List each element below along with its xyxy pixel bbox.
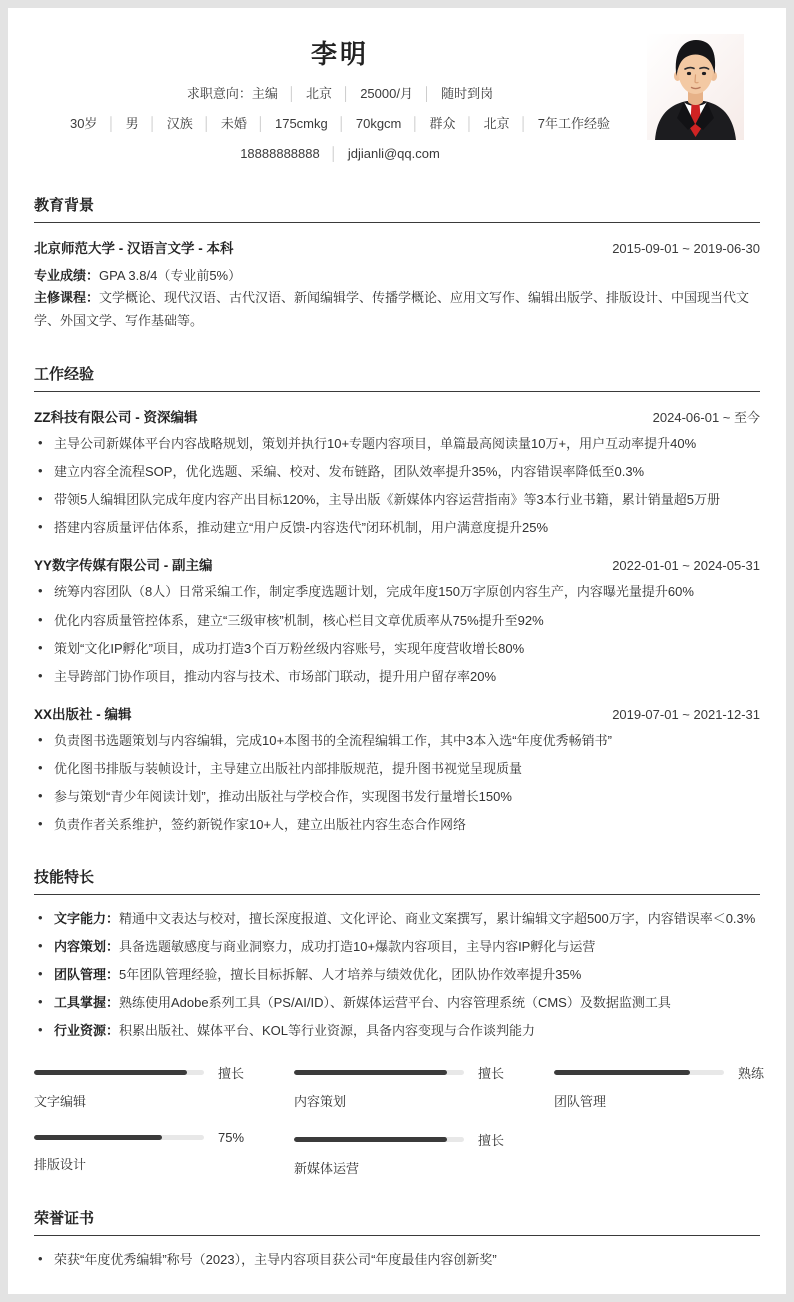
work-section-title: 工作经验	[34, 363, 760, 392]
bar-track	[294, 1070, 464, 1075]
separator: │	[338, 116, 346, 131]
header-text-block: 李明 求职意向：主编│北京│25000/月│随时到岗 30岁│男│汉族│未婚│1…	[34, 24, 646, 164]
skill-label: 团队管理：	[54, 967, 119, 982]
bar-level-label: 擅长	[478, 1130, 504, 1149]
skill-bar-item: 擅长 新媒体运营	[294, 1130, 504, 1177]
bar-track	[34, 1070, 204, 1075]
skills-section-title: 技能特长	[34, 866, 760, 895]
bar-skill-name: 内容策划	[294, 1091, 504, 1110]
bar-track	[554, 1070, 724, 1075]
separator: │	[203, 116, 211, 131]
skill-bullet: 内容策划：具备选题敏感度与商业洞察力，成功打造10+爆款内容项目，主导内容IP孵…	[34, 937, 760, 957]
job-bullet-list: 主导公司新媒体平台内容战略规划，策划并执行10+专题内容项目，单篇最高阅读量10…	[34, 434, 760, 539]
bar-level-label: 擅长	[478, 1063, 504, 1082]
education-detail-courses: 主修课程：文学概论、现代汉语、古代汉语、新闻编辑学、传播学概论、应用文写作、编辑…	[34, 287, 760, 333]
job-entry: XX出版社 - 编辑 2019-07-01 ~ 2021-12-31 负责图书选…	[34, 703, 760, 836]
skill-bar-item: 擅长 文字编辑	[34, 1063, 244, 1110]
job-entry: ZZ科技有限公司 - 资深编辑 2024-06-01 ~ 至今 主导公司新媒体平…	[34, 406, 760, 539]
bullet-item: 主导公司新媒体平台内容战略规划，策划并执行10+专题内容项目，单篇最高阅读量10…	[34, 434, 760, 454]
bullet-item: 建立内容全流程SOP，优化选题、采编、校对、发布链路，团队效率提升35%，内容错…	[34, 462, 760, 482]
skill-bar-item: 熟练 团队管理	[554, 1063, 764, 1110]
bar-level-label: 擅长	[218, 1063, 244, 1082]
bullet-item: 搭建内容质量评估体系，推动建立“用户反馈-内容迭代”闭环机制，用户满意度提升25…	[34, 518, 760, 538]
profile-info-line: 30岁│男│汉族│未婚│175cmkg│70kgcm│群众│北京│7年工作经验	[34, 115, 646, 133]
skill-text: 精通中文表达与校对，擅长深度报道、文化评论、商业文案撰写，累计编辑文字超500万…	[119, 911, 755, 926]
separator: │	[411, 116, 419, 131]
bar-fill	[34, 1135, 162, 1140]
job-title: YY数字传媒有限公司 - 副主编	[34, 554, 213, 574]
bar-skill-name: 文字编辑	[34, 1091, 244, 1110]
separator: │	[257, 116, 265, 131]
skill-text: 熟练使用Adobe系列工具（PS/AI/ID）、新媒体运营平台、内容管理系统（C…	[119, 995, 671, 1010]
detail-text: 文学概论、现代汉语、古代汉语、新闻编辑学、传播学概论、应用文写作、编辑出版学、排…	[34, 290, 749, 328]
skill-bullet: 团队管理：5年团队管理经验，擅长目标拆解、人才培养与绩效优化，团队协作效率提升3…	[34, 965, 760, 985]
education-date-range: 2015-09-01 ~ 2019-06-30	[612, 241, 760, 256]
education-detail-grades: 专业成绩：GPA 3.8/4（专业前5%）	[34, 265, 760, 288]
bullet-item: 优化内容质量管控体系，建立“三级审核”机制，核心栏目文章优质率从75%提升至92…	[34, 611, 760, 631]
job-title: ZZ科技有限公司 - 资深编辑	[34, 406, 198, 426]
detail-label: 专业成绩：	[34, 268, 99, 283]
resume-page: 李明 求职意向：主编│北京│25000/月│随时到岗 30岁│男│汉族│未婚│1…	[8, 8, 786, 1294]
bar-level-label: 75%	[218, 1130, 244, 1145]
bullet-item: 主导跨部门协作项目，推动内容与技术、市场部门联动，提升用户留存率20%	[34, 667, 760, 687]
job-bullet-list: 统筹内容团队（8人）日常采编工作，制定季度选题计划，完成年度150万字原创内容生…	[34, 582, 760, 687]
job-title: XX出版社 - 编辑	[34, 703, 132, 723]
bullet-item: 统筹内容团队（8人）日常采编工作，制定季度选题计划，完成年度150万字原创内容生…	[34, 582, 760, 602]
separator: │	[288, 86, 296, 101]
bullet-item: 负责图书选题策划与内容编辑，完成10+本图书的全流程编辑工作，其中3本入选“年度…	[34, 731, 760, 751]
portrait-photo	[647, 34, 744, 140]
bullet-item: 带领5人编辑团队完成年度内容产出目标120%，主导出版《新媒体内容运营指南》等3…	[34, 490, 760, 510]
skill-bullet: 行业资源：积累出版社、媒体平台、KOL等行业资源，具备内容变现与合作谈判能力	[34, 1021, 760, 1041]
bullet-item: 策划“文化IP孵化”项目，成功打造3个百万粉丝级内容账号，实现年度营收增长80%	[34, 639, 760, 659]
bar-track	[34, 1135, 204, 1140]
skill-bar-item: 擅长 内容策划	[294, 1063, 504, 1110]
job-date-range: 2022-01-01 ~ 2024-05-31	[612, 558, 760, 573]
bullet-item: 负责作者关系维护，签约新锐作家10+人，建立出版社内容生态合作网络	[34, 815, 760, 835]
section-education: 教育背景 北京师范大学 - 汉语言文学 - 本科 2015-09-01 ~ 20…	[34, 194, 760, 333]
separator: │	[423, 86, 431, 101]
school-title: 北京师范大学 - 汉语言文学 - 本科	[34, 237, 234, 257]
skill-label: 文字能力：	[54, 911, 119, 926]
separator: │	[342, 86, 350, 101]
separator: │	[466, 116, 474, 131]
skill-label: 工具掌握：	[54, 995, 119, 1010]
portrait-illustration	[647, 34, 744, 140]
resume-header: 李明 求职意向：主编│北京│25000/月│随时到岗 30岁│男│汉族│未婚│1…	[34, 24, 760, 164]
contact-line: 18888888888│jdjianli@qq.com	[34, 145, 646, 163]
honor-bullet-list: 荣获“年度优秀编辑”称号（2023），主导内容项目获公司“年度最佳内容创新奖”	[34, 1250, 760, 1270]
honor-bullet: 荣获“年度优秀编辑”称号（2023），主导内容项目获公司“年度最佳内容创新奖”	[34, 1250, 760, 1270]
bar-skill-name: 排版设计	[34, 1154, 244, 1173]
skill-bar-item: 75% 排版设计	[34, 1130, 244, 1177]
detail-text: GPA 3.8/4（专业前5%）	[99, 268, 241, 283]
bar-track	[294, 1137, 464, 1142]
education-section-title: 教育背景	[34, 194, 760, 223]
separator: │	[330, 146, 338, 161]
job-entry: YY数字传媒有限公司 - 副主编 2022-01-01 ~ 2024-05-31…	[34, 554, 760, 687]
candidate-name: 李明	[34, 34, 646, 71]
skill-text: 具备选题敏感度与商业洞察力，成功打造10+爆款内容项目，主导内容IP孵化与运营	[119, 939, 595, 954]
detail-label: 主修课程：	[34, 290, 99, 305]
skill-bullet: 文字能力：精通中文表达与校对，擅长深度报道、文化评论、商业文案撰写，累计编辑文字…	[34, 909, 760, 929]
bullet-item: 参与策划“青少年阅读计划”，推动出版社与学校合作，实现图书发行量增长150%	[34, 787, 760, 807]
section-honors: 荣誉证书 荣获“年度优秀编辑”称号（2023），主导内容项目获公司“年度最佳内容…	[34, 1207, 760, 1270]
education-entry: 北京师范大学 - 汉语言文学 - 本科 2015-09-01 ~ 2019-06…	[34, 237, 760, 333]
separator: │	[149, 116, 157, 131]
job-date-range: 2024-06-01 ~ 至今	[653, 407, 760, 426]
section-work-experience: 工作经验 ZZ科技有限公司 - 资深编辑 2024-06-01 ~ 至今 主导公…	[34, 363, 760, 836]
bullet-item: 优化图书排版与装帧设计，主导建立出版社内部排版规范，提升图书视觉呈现质量	[34, 759, 760, 779]
bar-skill-name: 新媒体运营	[294, 1158, 504, 1177]
skill-text: 5年团队管理经验，擅长目标拆解、人才培养与绩效优化，团队协作效率提升35%	[119, 967, 581, 982]
bar-fill	[554, 1070, 690, 1075]
separator: │	[107, 116, 115, 131]
job-date-range: 2019-07-01 ~ 2021-12-31	[612, 707, 760, 722]
skill-bullet-list: 文字能力：精通中文表达与校对，擅长深度报道、文化评论、商业文案撰写，累计编辑文字…	[34, 909, 760, 1042]
skill-label: 行业资源：	[54, 1023, 119, 1038]
separator: │	[520, 116, 528, 131]
skill-bars-grid: 擅长 文字编辑 擅长 内容策划 熟练 团队管理	[34, 1063, 760, 1177]
bar-fill	[294, 1070, 447, 1075]
job-intent-line: 求职意向：主编│北京│25000/月│随时到岗	[34, 85, 646, 103]
skill-bullet: 工具掌握：熟练使用Adobe系列工具（PS/AI/ID）、新媒体运营平台、内容管…	[34, 993, 760, 1013]
skill-label: 内容策划：	[54, 939, 119, 954]
skill-text: 积累出版社、媒体平台、KOL等行业资源，具备内容变现与合作谈判能力	[119, 1023, 535, 1038]
bar-skill-name: 团队管理	[554, 1091, 764, 1110]
job-bullet-list: 负责图书选题策划与内容编辑，完成10+本图书的全流程编辑工作，其中3本入选“年度…	[34, 731, 760, 836]
bar-level-label: 熟练	[738, 1063, 764, 1082]
bar-fill	[34, 1070, 187, 1075]
honors-section-title: 荣誉证书	[34, 1207, 760, 1236]
section-skills: 技能特长 文字能力：精通中文表达与校对，擅长深度报道、文化评论、商业文案撰写，累…	[34, 866, 760, 1178]
bar-fill	[294, 1137, 447, 1142]
